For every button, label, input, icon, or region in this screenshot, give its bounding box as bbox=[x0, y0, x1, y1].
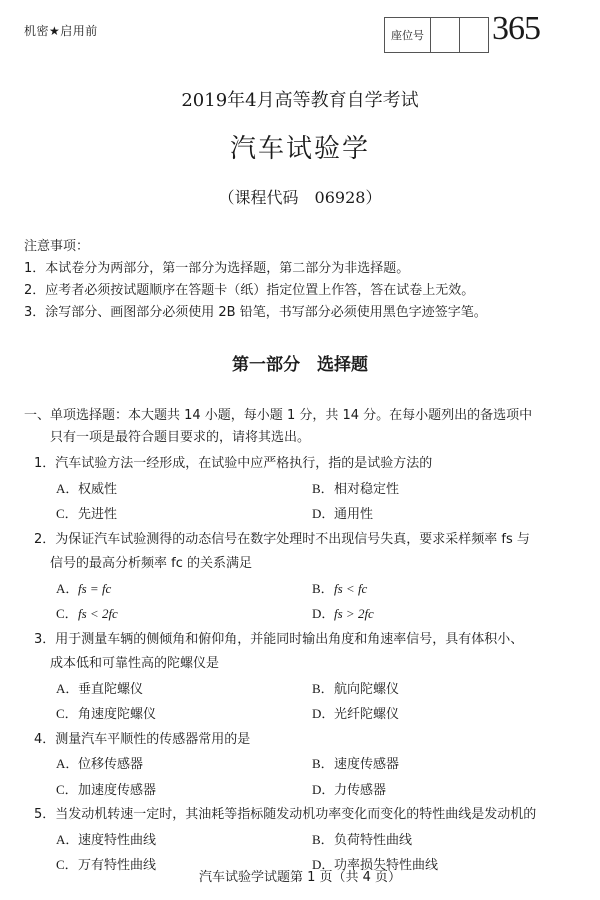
option-text: 角速度陀螺仪 bbox=[78, 707, 156, 722]
option-letter: D． bbox=[312, 502, 334, 527]
option-letter: A． bbox=[56, 477, 78, 502]
page-footer: 汽车试验学试题第 1 页（共 4 页） bbox=[0, 866, 600, 885]
note-item: 1．本试卷分为两部分，第一部分为选择题，第二部分为非选择题。 bbox=[24, 258, 584, 280]
option-c: C．fs < 2fc bbox=[56, 602, 312, 628]
section-line: 一、单项选择题：本大题共 14 小题，每小题 1 分，共 14 分。在每小题列出… bbox=[24, 405, 584, 427]
option-letter: A． bbox=[56, 828, 78, 853]
question-stem: 5．当发动机转速一定时，其油耗等指标随发动机功率变化而变化的特性曲线是发动机的 bbox=[34, 803, 590, 828]
question-stem: 4．测量汽车平顺性的传感器常用的是 bbox=[34, 728, 590, 753]
option-b: B．航向陀螺仪 bbox=[312, 677, 568, 703]
option-a: A．位移传感器 bbox=[56, 752, 312, 778]
option-a: A．垂直陀螺仪 bbox=[56, 677, 312, 703]
seat-number-label: 座位号 bbox=[385, 18, 431, 52]
option-text: 速度特性曲线 bbox=[78, 833, 156, 848]
option-b: B．负荷特性曲线 bbox=[312, 828, 568, 854]
note-item: 3．涂写部分、画图部分必须使用 2B 铅笔，书写部分必须使用黑色字迹签字笔。 bbox=[24, 302, 584, 324]
confidential-label: 机密★启用前 bbox=[24, 22, 98, 39]
option-text: 速度传感器 bbox=[334, 757, 399, 772]
option-text: 航向陀螺仪 bbox=[334, 682, 399, 697]
option-letter: A． bbox=[56, 752, 78, 777]
question-list: 1．汽车试验方法一经形成，在试验中应严格执行，指的是试验方法的 A．权威性 B．… bbox=[34, 452, 590, 879]
question: 3．用于测量车辆的侧倾角和俯仰角，并能同时输出角度和角速率信号，具有体积小、 成… bbox=[34, 628, 590, 728]
option-text: 通用性 bbox=[334, 507, 373, 522]
option-letter: D． bbox=[312, 602, 334, 627]
question-stem-continued: 成本低和可靠性高的陀螺仪是 bbox=[34, 652, 590, 677]
option-c: C．加速度传感器 bbox=[56, 778, 312, 804]
option-a: A．权威性 bbox=[56, 477, 312, 503]
question-stem-continued: 信号的最高分析频率 fc 的关系满足 bbox=[34, 552, 590, 577]
section-line: 只有一项是最符合题目要求的，请将其选出。 bbox=[24, 427, 584, 449]
option-text: 力传感器 bbox=[334, 783, 386, 798]
subject-title: 汽车试验学 bbox=[0, 128, 600, 165]
option-letter: B． bbox=[312, 577, 334, 602]
option-text: 相对稳定性 bbox=[334, 482, 399, 497]
question-stem: 1．汽车试验方法一经形成，在试验中应严格执行，指的是试验方法的 bbox=[34, 452, 590, 477]
question: 2．为保证汽车试验测得的动态信号在数字处理时不出现信号失真，要求采样频率 fs … bbox=[34, 528, 590, 628]
option-formula: fs = fc bbox=[78, 581, 111, 596]
question-stem: 3．用于测量车辆的侧倾角和俯仰角，并能同时输出角度和角速率信号，具有体积小、 bbox=[34, 628, 590, 653]
option-text: 垂直陀螺仪 bbox=[78, 682, 143, 697]
option-b: B．相对稳定性 bbox=[312, 477, 568, 503]
option-letter: C． bbox=[56, 602, 78, 627]
option-letter: B． bbox=[312, 477, 334, 502]
seat-number-box: 座位号 bbox=[384, 17, 489, 53]
option-letter: C． bbox=[56, 502, 78, 527]
part-title: 第一部分 选择题 bbox=[0, 350, 600, 375]
option-text: 负荷特性曲线 bbox=[334, 833, 412, 848]
paper-code: 365 bbox=[492, 10, 540, 48]
option-text: 位移传感器 bbox=[78, 757, 143, 772]
option-text: 先进性 bbox=[78, 507, 117, 522]
option-letter: A． bbox=[56, 677, 78, 702]
seat-number-cell bbox=[431, 18, 460, 52]
option-text: 光纤陀螺仪 bbox=[334, 707, 399, 722]
exam-title: 2019年4月高等教育自学考试 bbox=[0, 86, 600, 112]
option-b: B．fs < fc bbox=[312, 577, 568, 603]
option-a: A．速度特性曲线 bbox=[56, 828, 312, 854]
notes-heading: 注意事项： bbox=[24, 236, 584, 258]
question: 1．汽车试验方法一经形成，在试验中应严格执行，指的是试验方法的 A．权威性 B．… bbox=[34, 452, 590, 528]
option-letter: B． bbox=[312, 828, 334, 853]
question-stem: 2．为保证汽车试验测得的动态信号在数字处理时不出现信号失真，要求采样频率 fs … bbox=[34, 528, 590, 553]
option-letter: D． bbox=[312, 778, 334, 803]
option-d: D．力传感器 bbox=[312, 778, 568, 804]
option-text: 加速度传感器 bbox=[78, 783, 156, 798]
option-d: D．光纤陀螺仪 bbox=[312, 702, 568, 728]
option-c: C．角速度陀螺仪 bbox=[56, 702, 312, 728]
option-d: D．通用性 bbox=[312, 502, 568, 528]
note-item: 2．应考者必须按试题顺序在答题卡（纸）指定位置上作答，答在试卷上无效。 bbox=[24, 280, 584, 302]
notes-block: 注意事项： 1．本试卷分为两部分，第一部分为选择题，第二部分为非选择题。 2．应… bbox=[24, 236, 584, 324]
option-b: B．速度传感器 bbox=[312, 752, 568, 778]
option-formula: fs > 2fc bbox=[334, 606, 374, 621]
option-letter: A． bbox=[56, 577, 78, 602]
option-letter: C． bbox=[56, 702, 78, 727]
course-code: （课程代码 06928） bbox=[0, 185, 600, 208]
option-letter: B． bbox=[312, 752, 334, 777]
question: 4．测量汽车平顺性的传感器常用的是 A．位移传感器 B．速度传感器 C．加速度传… bbox=[34, 728, 590, 804]
section-instructions: 一、单项选择题：本大题共 14 小题，每小题 1 分，共 14 分。在每小题列出… bbox=[24, 405, 584, 449]
option-c: C．先进性 bbox=[56, 502, 312, 528]
option-letter: B． bbox=[312, 677, 334, 702]
option-letter: C． bbox=[56, 778, 78, 803]
option-formula: fs < fc bbox=[334, 581, 367, 596]
option-letter: D． bbox=[312, 702, 334, 727]
option-d: D．fs > 2fc bbox=[312, 602, 568, 628]
option-formula: fs < 2fc bbox=[78, 606, 118, 621]
seat-number-cell bbox=[460, 18, 488, 52]
option-a: A．fs = fc bbox=[56, 577, 312, 603]
option-text: 权威性 bbox=[78, 482, 117, 497]
